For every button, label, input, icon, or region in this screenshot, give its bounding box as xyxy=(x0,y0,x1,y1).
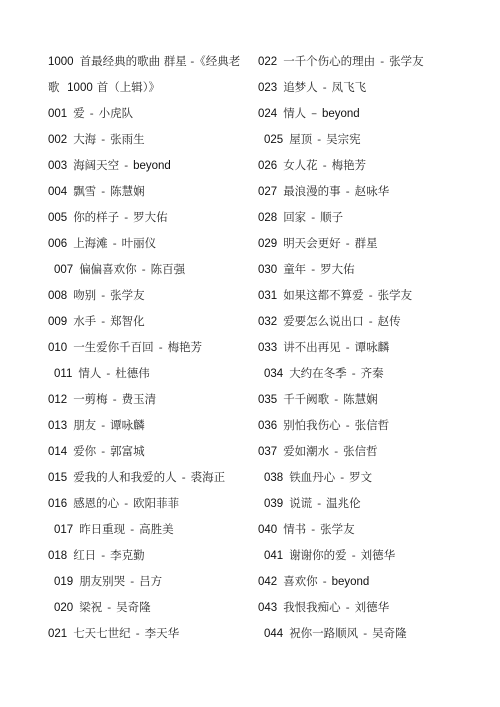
song-title: 情书 xyxy=(283,522,306,536)
artist-name: 赵传 xyxy=(378,314,401,328)
separator: - xyxy=(101,132,105,146)
song-title: 爱如潮水 xyxy=(283,444,329,458)
separator: - xyxy=(323,80,327,94)
song-title: 爱 xyxy=(73,106,85,120)
song-list-item: 008吻别-张学友 xyxy=(48,282,260,308)
song-title: 铁血丹心 xyxy=(289,470,335,484)
song-title: 红日 xyxy=(73,548,96,562)
song-title: 朋友别哭 xyxy=(79,574,125,588)
artist-name: 陈百强 xyxy=(151,262,186,276)
artist-name: 李克勤 xyxy=(110,548,145,562)
song-title: 明天会更好 xyxy=(283,236,341,250)
song-title: 最浪漫的事 xyxy=(283,184,341,198)
separator: - xyxy=(101,314,105,328)
separator: - xyxy=(317,496,321,510)
song-list-item: 003海阔天空-beyond xyxy=(48,152,260,178)
song-title: 上海滩 xyxy=(73,236,108,250)
separator: - xyxy=(101,288,105,302)
song-list-item: 044祝你一路顺风-吴奇隆 xyxy=(258,620,488,646)
song-number: 015 xyxy=(48,472,67,484)
artist-name: 张学友 xyxy=(378,288,413,302)
song-list-item: 026女人花-梅艳芳 xyxy=(258,152,488,178)
song-number: 002 xyxy=(48,134,67,146)
separator: - xyxy=(311,210,315,224)
artist-name: beyond xyxy=(322,108,360,120)
song-list-item: 011情人-杜德伟 xyxy=(48,360,260,386)
separator: - xyxy=(323,574,327,588)
song-list-item: 010一生爱你千百回-梅艳芳 xyxy=(48,334,260,360)
song-number: 013 xyxy=(48,420,67,432)
song-list-item: 034大约在冬季-齐秦 xyxy=(258,360,488,386)
title-text: 首最经典的歌曲 群星 -《经典老 xyxy=(80,54,241,68)
song-list-right: 022一千个伤心的理由-张学友023追梦人-凤飞飞024情人–beyond025… xyxy=(258,48,488,646)
artist-name: 顺子 xyxy=(320,210,343,224)
document-title-line-1: 1000首最经典的歌曲 群星 -《经典老 xyxy=(48,48,260,74)
song-title: 爱我的人和我爱的人 xyxy=(73,470,177,484)
song-number: 043 xyxy=(258,602,277,614)
song-title: 童年 xyxy=(283,262,306,276)
song-number: 020 xyxy=(54,602,73,614)
song-number: 022 xyxy=(258,56,277,68)
separator: - xyxy=(346,236,350,250)
song-number: 007 xyxy=(54,264,73,276)
artist-name: beyond xyxy=(133,160,171,172)
song-number: 004 xyxy=(48,186,67,198)
separator: - xyxy=(107,600,111,614)
song-list-item: 041谢谢你的爱-刘德华 xyxy=(258,542,488,568)
song-number: 009 xyxy=(48,316,67,328)
artist-name: 温兆伦 xyxy=(326,496,361,510)
song-list-item: 024情人–beyond xyxy=(258,100,488,126)
artist-name: 叶丽仪 xyxy=(122,236,157,250)
artist-name: 罗大佑 xyxy=(133,210,168,224)
song-title: 别怕我伤心 xyxy=(283,418,341,432)
artist-name: 郑智化 xyxy=(110,314,145,328)
artist-name: 谭咏麟 xyxy=(355,340,390,354)
song-number: 010 xyxy=(48,342,67,354)
song-title: 屋顶 xyxy=(289,132,312,146)
artist-name: 齐秦 xyxy=(361,366,384,380)
separator: - xyxy=(159,340,163,354)
artist-name: 凤飞飞 xyxy=(332,80,367,94)
separator: - xyxy=(136,626,140,640)
artist-name: 罗文 xyxy=(349,470,372,484)
separator: - xyxy=(346,600,350,614)
song-list-item: 019朋友别哭-吕方 xyxy=(48,568,260,594)
separator: - xyxy=(334,392,338,406)
song-title: 情人 xyxy=(283,106,306,120)
song-number: 037 xyxy=(258,446,277,458)
separator: - xyxy=(352,548,356,562)
song-title: 朋友 xyxy=(73,418,96,432)
artist-name: 群星 xyxy=(355,236,378,250)
song-title: 女人花 xyxy=(283,158,318,172)
song-title: 海阔天空 xyxy=(73,158,119,172)
song-list-item: 025屋顶-吴宗宪 xyxy=(258,126,488,152)
song-number: 039 xyxy=(264,498,283,510)
separator: - xyxy=(346,418,350,432)
artist-name: 梅艳芳 xyxy=(332,158,367,172)
song-list-item: 007偏偏喜欢你-陈百强 xyxy=(48,256,260,282)
artist-name: 高胜美 xyxy=(139,522,174,536)
separator: - xyxy=(142,262,146,276)
separator: - xyxy=(130,574,134,588)
artist-name: 张信哲 xyxy=(355,418,390,432)
separator: - xyxy=(124,496,128,510)
song-title: 水手 xyxy=(73,314,96,328)
song-list-item: 043我恨我痴心-刘德华 xyxy=(258,594,488,620)
title-number: 1000 xyxy=(48,56,74,68)
song-list-item: 018红日-李克勤 xyxy=(48,542,260,568)
song-list-item: 028回家-顺子 xyxy=(258,204,488,230)
separator: - xyxy=(317,132,321,146)
artist-name: 陈慧娴 xyxy=(110,184,145,198)
song-title: 千千阙歌 xyxy=(283,392,329,406)
separator: - xyxy=(101,444,105,458)
artist-name: 李天华 xyxy=(145,626,180,640)
song-title: 喜欢你 xyxy=(283,574,318,588)
song-number: 035 xyxy=(258,394,277,406)
song-number: 006 xyxy=(48,238,67,250)
title-number-2: 1000 xyxy=(67,82,93,94)
song-title: 讲不出再见 xyxy=(283,340,341,354)
song-title: 梁祝 xyxy=(79,600,102,614)
song-number: 030 xyxy=(258,264,277,276)
separator: - xyxy=(101,418,105,432)
song-list-item: 022一千个伤心的理由-张学友 xyxy=(258,48,488,74)
artist-name: 裘海正 xyxy=(191,470,226,484)
separator: - xyxy=(346,184,350,198)
song-list-item: 017昨日重现-高胜美 xyxy=(48,516,260,542)
separator: - xyxy=(124,210,128,224)
separator: - xyxy=(346,340,350,354)
separator: - xyxy=(311,522,315,536)
separator: - xyxy=(311,262,315,276)
song-list-item: 039说谎-温兆伦 xyxy=(258,490,488,516)
separator: - xyxy=(363,626,367,640)
artist-name: 费玉清 xyxy=(122,392,157,406)
song-number: 027 xyxy=(258,186,277,198)
song-number: 040 xyxy=(258,524,277,536)
separator: - xyxy=(323,158,327,172)
separator: - xyxy=(101,184,105,198)
song-list-item: 021七天七世纪-李天华 xyxy=(48,620,260,646)
song-list-item: 030童年-罗大佑 xyxy=(258,256,488,282)
song-title: 一剪梅 xyxy=(73,392,108,406)
song-title: 七天七世纪 xyxy=(73,626,131,640)
song-number: 034 xyxy=(264,368,283,380)
song-number: 012 xyxy=(48,394,67,406)
song-list-item: 038铁血丹心-罗文 xyxy=(258,464,488,490)
song-list-item: 006上海滩-叶丽仪 xyxy=(48,230,260,256)
song-number: 026 xyxy=(258,160,277,172)
artist-name: 张学友 xyxy=(110,288,145,302)
song-title: 大海 xyxy=(73,132,96,146)
separator: - xyxy=(106,366,110,380)
artist-name: 罗大佑 xyxy=(320,262,355,276)
separator: - xyxy=(113,392,117,406)
song-number: 023 xyxy=(258,82,277,94)
artist-name: beyond xyxy=(332,576,370,588)
separator: – xyxy=(311,106,317,120)
song-list-item: 042喜欢你-beyond xyxy=(258,568,488,594)
song-list-item: 037爱如潮水-张信哲 xyxy=(258,438,488,464)
separator: - xyxy=(340,470,344,484)
artist-name: 张学友 xyxy=(320,522,355,536)
song-list-item: 002大海-张雨生 xyxy=(48,126,260,152)
song-list-item: 001爱-小虎队 xyxy=(48,100,260,126)
song-number: 018 xyxy=(48,550,67,562)
document-page: 1000首最经典的歌曲 群星 -《经典老 歌 1000首（上辑）》 001爱-小… xyxy=(0,0,500,707)
song-title: 爱要怎么说出口 xyxy=(283,314,364,328)
song-number: 024 xyxy=(258,108,277,120)
separator: - xyxy=(124,158,128,172)
song-title: 你的样子 xyxy=(73,210,119,224)
artist-name: 刘德华 xyxy=(361,548,396,562)
song-number: 008 xyxy=(48,290,67,302)
song-number: 038 xyxy=(264,472,283,484)
separator: - xyxy=(369,314,373,328)
song-number: 031 xyxy=(258,290,277,302)
artist-name: 赵咏华 xyxy=(355,184,390,198)
song-number: 042 xyxy=(258,576,277,588)
separator: - xyxy=(113,236,117,250)
song-title: 祝你一路顺风 xyxy=(289,626,358,640)
song-list-item: 032爱要怎么说出口-赵传 xyxy=(258,308,488,334)
song-list-item: 023追梦人-凤飞飞 xyxy=(258,74,488,100)
separator: - xyxy=(352,366,356,380)
separator: - xyxy=(101,548,105,562)
left-column: 1000首最经典的歌曲 群星 -《经典老 歌 1000首（上辑）》 001爱-小… xyxy=(48,48,260,646)
song-number: 029 xyxy=(258,238,277,250)
song-number: 033 xyxy=(258,342,277,354)
song-title: 回家 xyxy=(283,210,306,224)
separator: - xyxy=(334,444,338,458)
artist-name: 张信哲 xyxy=(343,444,378,458)
song-number: 044 xyxy=(264,628,283,640)
song-list-item: 013朋友-谭咏麟 xyxy=(48,412,260,438)
song-title: 说谎 xyxy=(289,496,312,510)
song-list-item: 036别怕我伤心-张信哲 xyxy=(258,412,488,438)
song-list-item: 035千千阙歌-陈慧娴 xyxy=(258,386,488,412)
artist-name: 杜德伟 xyxy=(115,366,150,380)
song-title: 如果这都不算爱 xyxy=(283,288,364,302)
artist-name: 张雨生 xyxy=(110,132,145,146)
song-title: 爱你 xyxy=(73,444,96,458)
song-title: 飘雪 xyxy=(73,184,96,198)
song-list-item: 020梁祝-吴奇隆 xyxy=(48,594,260,620)
artist-name: 陈慧娴 xyxy=(343,392,378,406)
song-list-item: 009水手-郑智化 xyxy=(48,308,260,334)
song-number: 016 xyxy=(48,498,67,510)
song-title: 昨日重现 xyxy=(79,522,125,536)
song-number: 041 xyxy=(264,550,283,562)
artist-name: 刘德华 xyxy=(355,600,390,614)
song-list-item: 005你的样子-罗大佑 xyxy=(48,204,260,230)
song-list-item: 033讲不出再见-谭咏麟 xyxy=(258,334,488,360)
song-list-item: 004飘雪-陈慧娴 xyxy=(48,178,260,204)
artist-name: 吴宗宪 xyxy=(326,132,361,146)
song-title: 情人 xyxy=(78,366,101,380)
song-title: 感恩的心 xyxy=(73,496,119,510)
song-list-item: 016感恩的心-欧阳菲菲 xyxy=(48,490,260,516)
song-list-left: 001爱-小虎队002大海-张雨生003海阔天空-beyond004飘雪-陈慧娴… xyxy=(48,100,260,646)
song-list-item: 040情书-张学友 xyxy=(258,516,488,542)
song-list-item: 015爱我的人和我爱的人-裘海正 xyxy=(48,464,260,490)
artist-name: 梅艳芳 xyxy=(168,340,203,354)
song-title: 谢谢你的爱 xyxy=(289,548,347,562)
song-number: 003 xyxy=(48,160,67,172)
song-list-item: 031如果这都不算爱-张学友 xyxy=(258,282,488,308)
song-title: 一生爱你千百回 xyxy=(73,340,154,354)
artist-name: 欧阳菲菲 xyxy=(133,496,179,510)
song-title: 吻别 xyxy=(73,288,96,302)
song-number: 001 xyxy=(48,108,67,120)
song-number: 014 xyxy=(48,446,67,458)
artist-name: 谭咏麟 xyxy=(110,418,145,432)
separator: - xyxy=(369,288,373,302)
artist-name: 吴奇隆 xyxy=(116,600,151,614)
song-title: 大约在冬季 xyxy=(289,366,347,380)
artist-name: 吴奇隆 xyxy=(372,626,407,640)
title-prefix: 歌 xyxy=(48,80,60,94)
song-number: 011 xyxy=(54,368,72,380)
song-title: 一千个伤心的理由 xyxy=(283,54,375,68)
song-number: 036 xyxy=(258,420,277,432)
song-list-item: 012一剪梅-费玉清 xyxy=(48,386,260,412)
document-title-line-2: 歌 1000首（上辑）》 xyxy=(48,74,260,100)
song-list-item: 014爱你-郭富城 xyxy=(48,438,260,464)
artist-name: 吕方 xyxy=(139,574,162,588)
song-number: 019 xyxy=(54,576,73,588)
artist-name: 张学友 xyxy=(389,54,424,68)
song-title: 追梦人 xyxy=(283,80,318,94)
song-number: 021 xyxy=(48,628,67,640)
separator: - xyxy=(130,522,134,536)
title-suffix: 首（上辑）》 xyxy=(97,80,160,94)
song-title: 偏偏喜欢你 xyxy=(79,262,137,276)
song-number: 032 xyxy=(258,316,277,328)
song-title: 我恨我痴心 xyxy=(283,600,341,614)
song-number: 028 xyxy=(258,212,277,224)
song-list-item: 029明天会更好-群星 xyxy=(258,230,488,256)
artist-name: 郭富城 xyxy=(110,444,145,458)
right-column: 022一千个伤心的理由-张学友023追梦人-凤飞飞024情人–beyond025… xyxy=(258,48,488,646)
separator: - xyxy=(90,106,94,120)
song-number: 025 xyxy=(264,134,283,146)
song-number: 017 xyxy=(54,524,73,536)
artist-name: 小虎队 xyxy=(99,106,134,120)
song-list-item: 027最浪漫的事-赵咏华 xyxy=(258,178,488,204)
separator: - xyxy=(182,470,186,484)
song-number: 005 xyxy=(48,212,67,224)
separator: - xyxy=(380,54,384,68)
